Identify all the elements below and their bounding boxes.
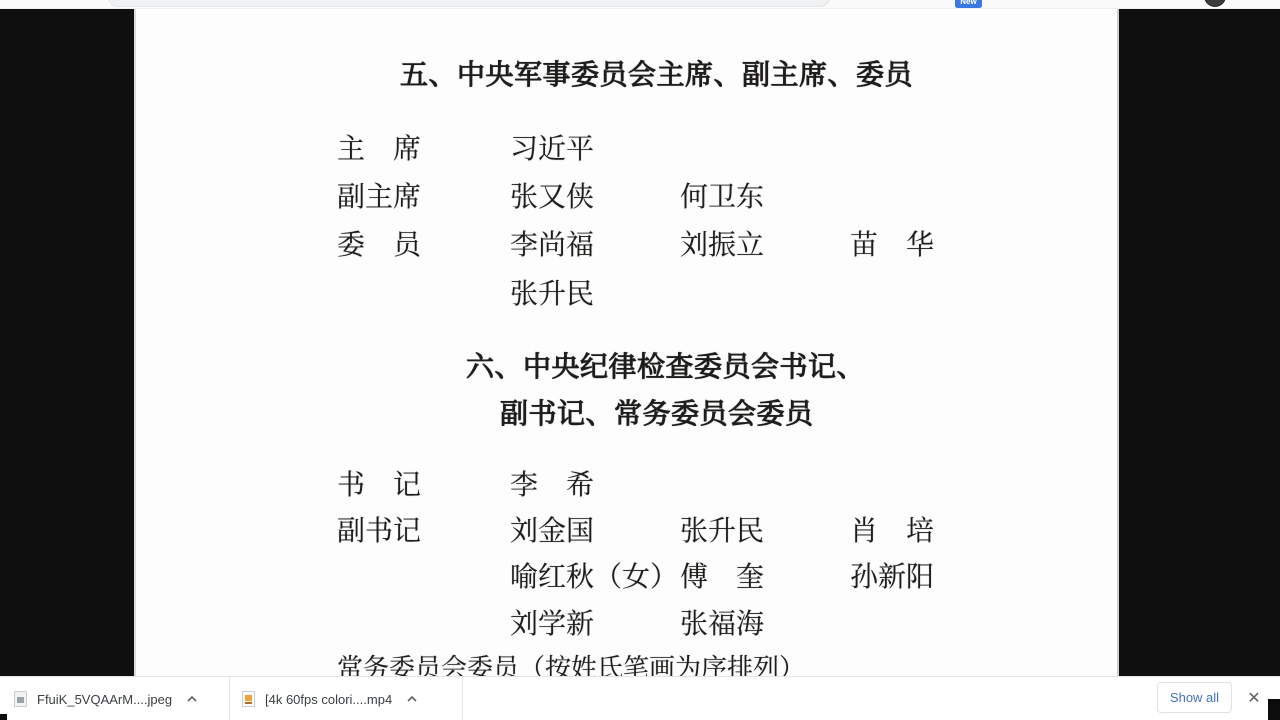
doc-row: 委 员李尚福刘振立苗 华 [337,223,1020,263]
row-label: 主 席 [337,127,510,167]
doc-row: 书 记李 希 [337,463,680,503]
scanned-document: 五、中央军事委员会主席、副主席、委员 主 席习近平 副主席张又侠何卫东 委 员李… [138,9,1115,676]
address-bar[interactable] [108,0,830,7]
row-label: 副书记 [337,509,510,549]
person-name: 李 希 [510,463,680,503]
video-file-icon [242,691,255,707]
letterbox-right [1117,9,1280,676]
person-name: 刘振立 [680,223,850,263]
chevron-up-icon[interactable] [186,693,198,705]
row-label: 书 记 [337,463,510,503]
chevron-up-icon[interactable] [406,693,418,705]
profile-avatar[interactable] [1204,0,1226,7]
section5-title: 五、中央军事委员会主席、副主席、委员 [400,53,913,93]
person-name: 肖 培 [850,509,1020,549]
person-name: 刘金国 [510,509,680,549]
standing-committee-line: 常务委员会委员（按姓氏笔画为序排列） [337,648,805,676]
section6-title-line1: 六、中央纪律检查委员会书记、 [466,345,865,385]
download-filename: FfuiK_5VQAArM....jpeg [37,692,172,707]
person-name: 刘学新 [510,602,680,642]
show-all-button[interactable]: Show all [1157,682,1232,713]
doc-row: 张升民 [337,272,680,312]
screen: New 五、中央军事委员会主席、副主席、委员 主 席习近平 副主席张又侠何卫东 … [0,0,1280,720]
row-label: 委 员 [337,223,510,263]
person-name: 何卫东 [680,175,850,215]
doc-row: 刘学新张福海 [337,602,850,642]
download-item[interactable]: [4k 60fps colori....mp4 [242,677,418,720]
person-name: 张升民 [510,272,680,312]
person-name: 傅 奎 [680,555,850,595]
download-item[interactable]: FfuiK_5VQAArM....jpeg [14,677,198,720]
page-content: 五、中央军事委员会主席、副主席、委员 主 席习近平 副主席张又侠何卫东 委 员李… [0,9,1280,676]
row-label: 副主席 [337,175,510,215]
person-name: 李尚福 [510,223,680,263]
divider [229,677,230,720]
doc-row: 喻红秋（女）傅 奎孙新阳 [337,555,1020,595]
close-icon[interactable]: ✕ [1242,687,1266,711]
image-file-icon [14,691,27,707]
person-name: 孙新阳 [850,555,1020,595]
letterbox-left [0,9,136,676]
person-name: 张又侠 [510,175,680,215]
browser-toolbar: New [0,0,1280,9]
new-badge[interactable]: New [955,0,982,8]
doc-row: 副书记刘金国张升民肖 培 [337,509,1020,549]
person-name: 习近平 [510,127,680,167]
person-name: 苗 华 [850,223,1020,263]
person-name: 喻红秋（女） [510,555,680,595]
section6-title-line2: 副书记、常务委员会委员 [500,392,814,432]
download-filename: [4k 60fps colori....mp4 [265,692,392,707]
corner-artifact-bottom-left [0,714,7,720]
doc-row: 副主席张又侠何卫东 [337,175,850,215]
person-name: 张福海 [680,602,850,642]
person-name: 张升民 [680,509,850,549]
divider [462,677,463,720]
corner-artifact-bottom-right [1268,699,1280,720]
doc-row: 主 席习近平 [337,127,680,167]
downloads-bar: FfuiK_5VQAArM....jpeg [4k 60fps colori..… [0,676,1280,720]
